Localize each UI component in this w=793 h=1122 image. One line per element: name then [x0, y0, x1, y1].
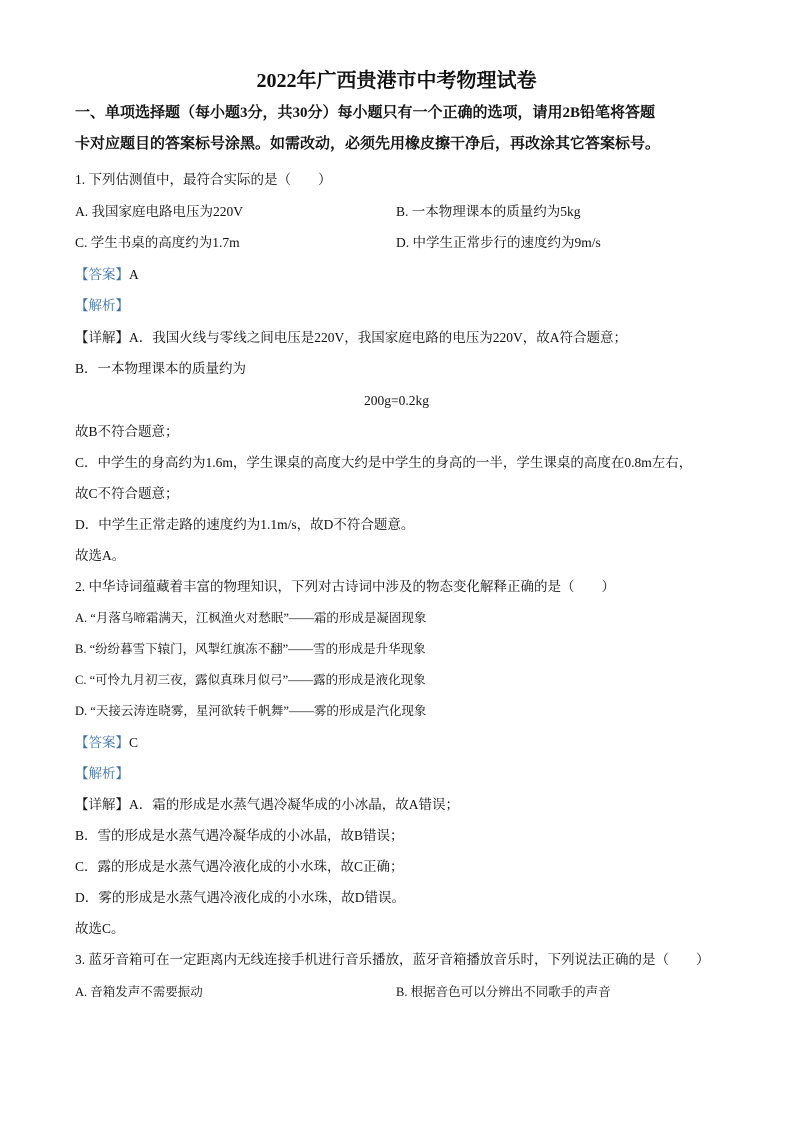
question-2-option-c: C. “可怜九月初三夜，露似真珠月似弓”——露的形成是液化现象	[75, 671, 426, 689]
question-2-conclusion: 故选C。	[75, 920, 125, 938]
question-3-option-a: A. 音箱发声不需要振动	[75, 983, 203, 1001]
question-2-option-d: D. “天接云涛连晓雾，星河欲转千帆舞”——雾的形成是汽化现象	[75, 702, 426, 720]
question-2-answer: 【答案】C	[75, 734, 138, 752]
question-2-stem: 2. 中华诗词蕴藏着丰富的物理知识，下列对古诗词中涉及的物态变化解释正确的是（ …	[75, 578, 615, 596]
answer-label: 【答案】	[75, 267, 129, 282]
question-1-formula: 200g=0.2kg	[0, 392, 793, 410]
question-1-option-d: D. 中学生正常步行的速度约为9m/s	[396, 234, 601, 252]
section-heading-line-2: 卡对应题目的答案标号涂黑。如需改动，必须先用橡皮擦干净后，再改涂其它答案标号。	[75, 135, 660, 153]
question-1-explanation-line: B．一本物理课本的质量约为	[75, 360, 246, 378]
answer-value: C	[129, 735, 138, 750]
question-2-option-a: A. “月落乌啼霜满天，江枫渔火对愁眠”——霜的形成是凝固现象	[75, 609, 426, 627]
question-1-explanation-line: C．中学生的身高约为1.6m，学生课桌的高度大约是中学生的身高的一半，学生课桌的…	[75, 454, 692, 472]
page-title: 2022年广西贵港市中考物理试卷	[0, 68, 793, 94]
question-1-explanation-line: 故C不符合题意；	[75, 485, 179, 503]
question-1-explanation-line: D．中学生正常走路的速度约为1.1m/s，故D不符合题意。	[75, 516, 414, 534]
answer-label: 【答案】	[75, 735, 129, 750]
question-2-analysis-label: 【解析】	[75, 765, 129, 783]
question-2-explanation-line: D．雾的形成是水蒸气遇冷液化成的小水珠，故D错误。	[75, 889, 405, 907]
question-1-option-b: B. 一本物理课本的质量约为5kg	[396, 203, 581, 221]
question-1-answer: 【答案】A	[75, 266, 139, 284]
question-1-analysis-label: 【解析】	[75, 297, 129, 315]
question-2-explanation-line: B．雪的形成是水蒸气遇冷凝华成的小冰晶，故B错误；	[75, 827, 404, 845]
question-2-explanation-line: C．露的形成是水蒸气遇冷液化成的小水珠，故C正确；	[75, 858, 404, 876]
question-2-explanation-line: 【详解】A．霜的形成是水蒸气遇冷凝华成的小冰晶，故A错误；	[75, 796, 459, 814]
answer-value: A	[129, 267, 139, 282]
question-1-explanation-line: 故B不符合题意；	[75, 423, 179, 441]
question-3-option-b: B. 根据音色可以分辨出不同歌手的声音	[396, 983, 611, 1001]
question-1-option-a: A. 我国家庭电路电压为220V	[75, 203, 243, 221]
question-1-stem: 1. 下列估测值中，最符合实际的是（ ）	[75, 171, 332, 189]
question-3-stem: 3. 蓝牙音箱可在一定距离内无线连接手机进行音乐播放，蓝牙音箱播放音乐时，下列说…	[75, 951, 710, 969]
section-heading-line-1: 一、单项选择题（每小题3分，共30分）每小题只有一个正确的选项，请用2B铅笔将答…	[75, 104, 655, 122]
question-2-option-b: B. “纷纷暮雪下辕门，风掣红旗冻不翻”——雪的形成是升华现象	[75, 640, 426, 658]
question-1-conclusion: 故选A。	[75, 547, 125, 565]
question-1-explanation-line: 【详解】A．我国火线与零线之间电压是220V，我国家庭电路的电压为220V，故A…	[75, 329, 627, 347]
question-1-option-c: C. 学生书桌的高度约为1.7m	[75, 234, 240, 252]
